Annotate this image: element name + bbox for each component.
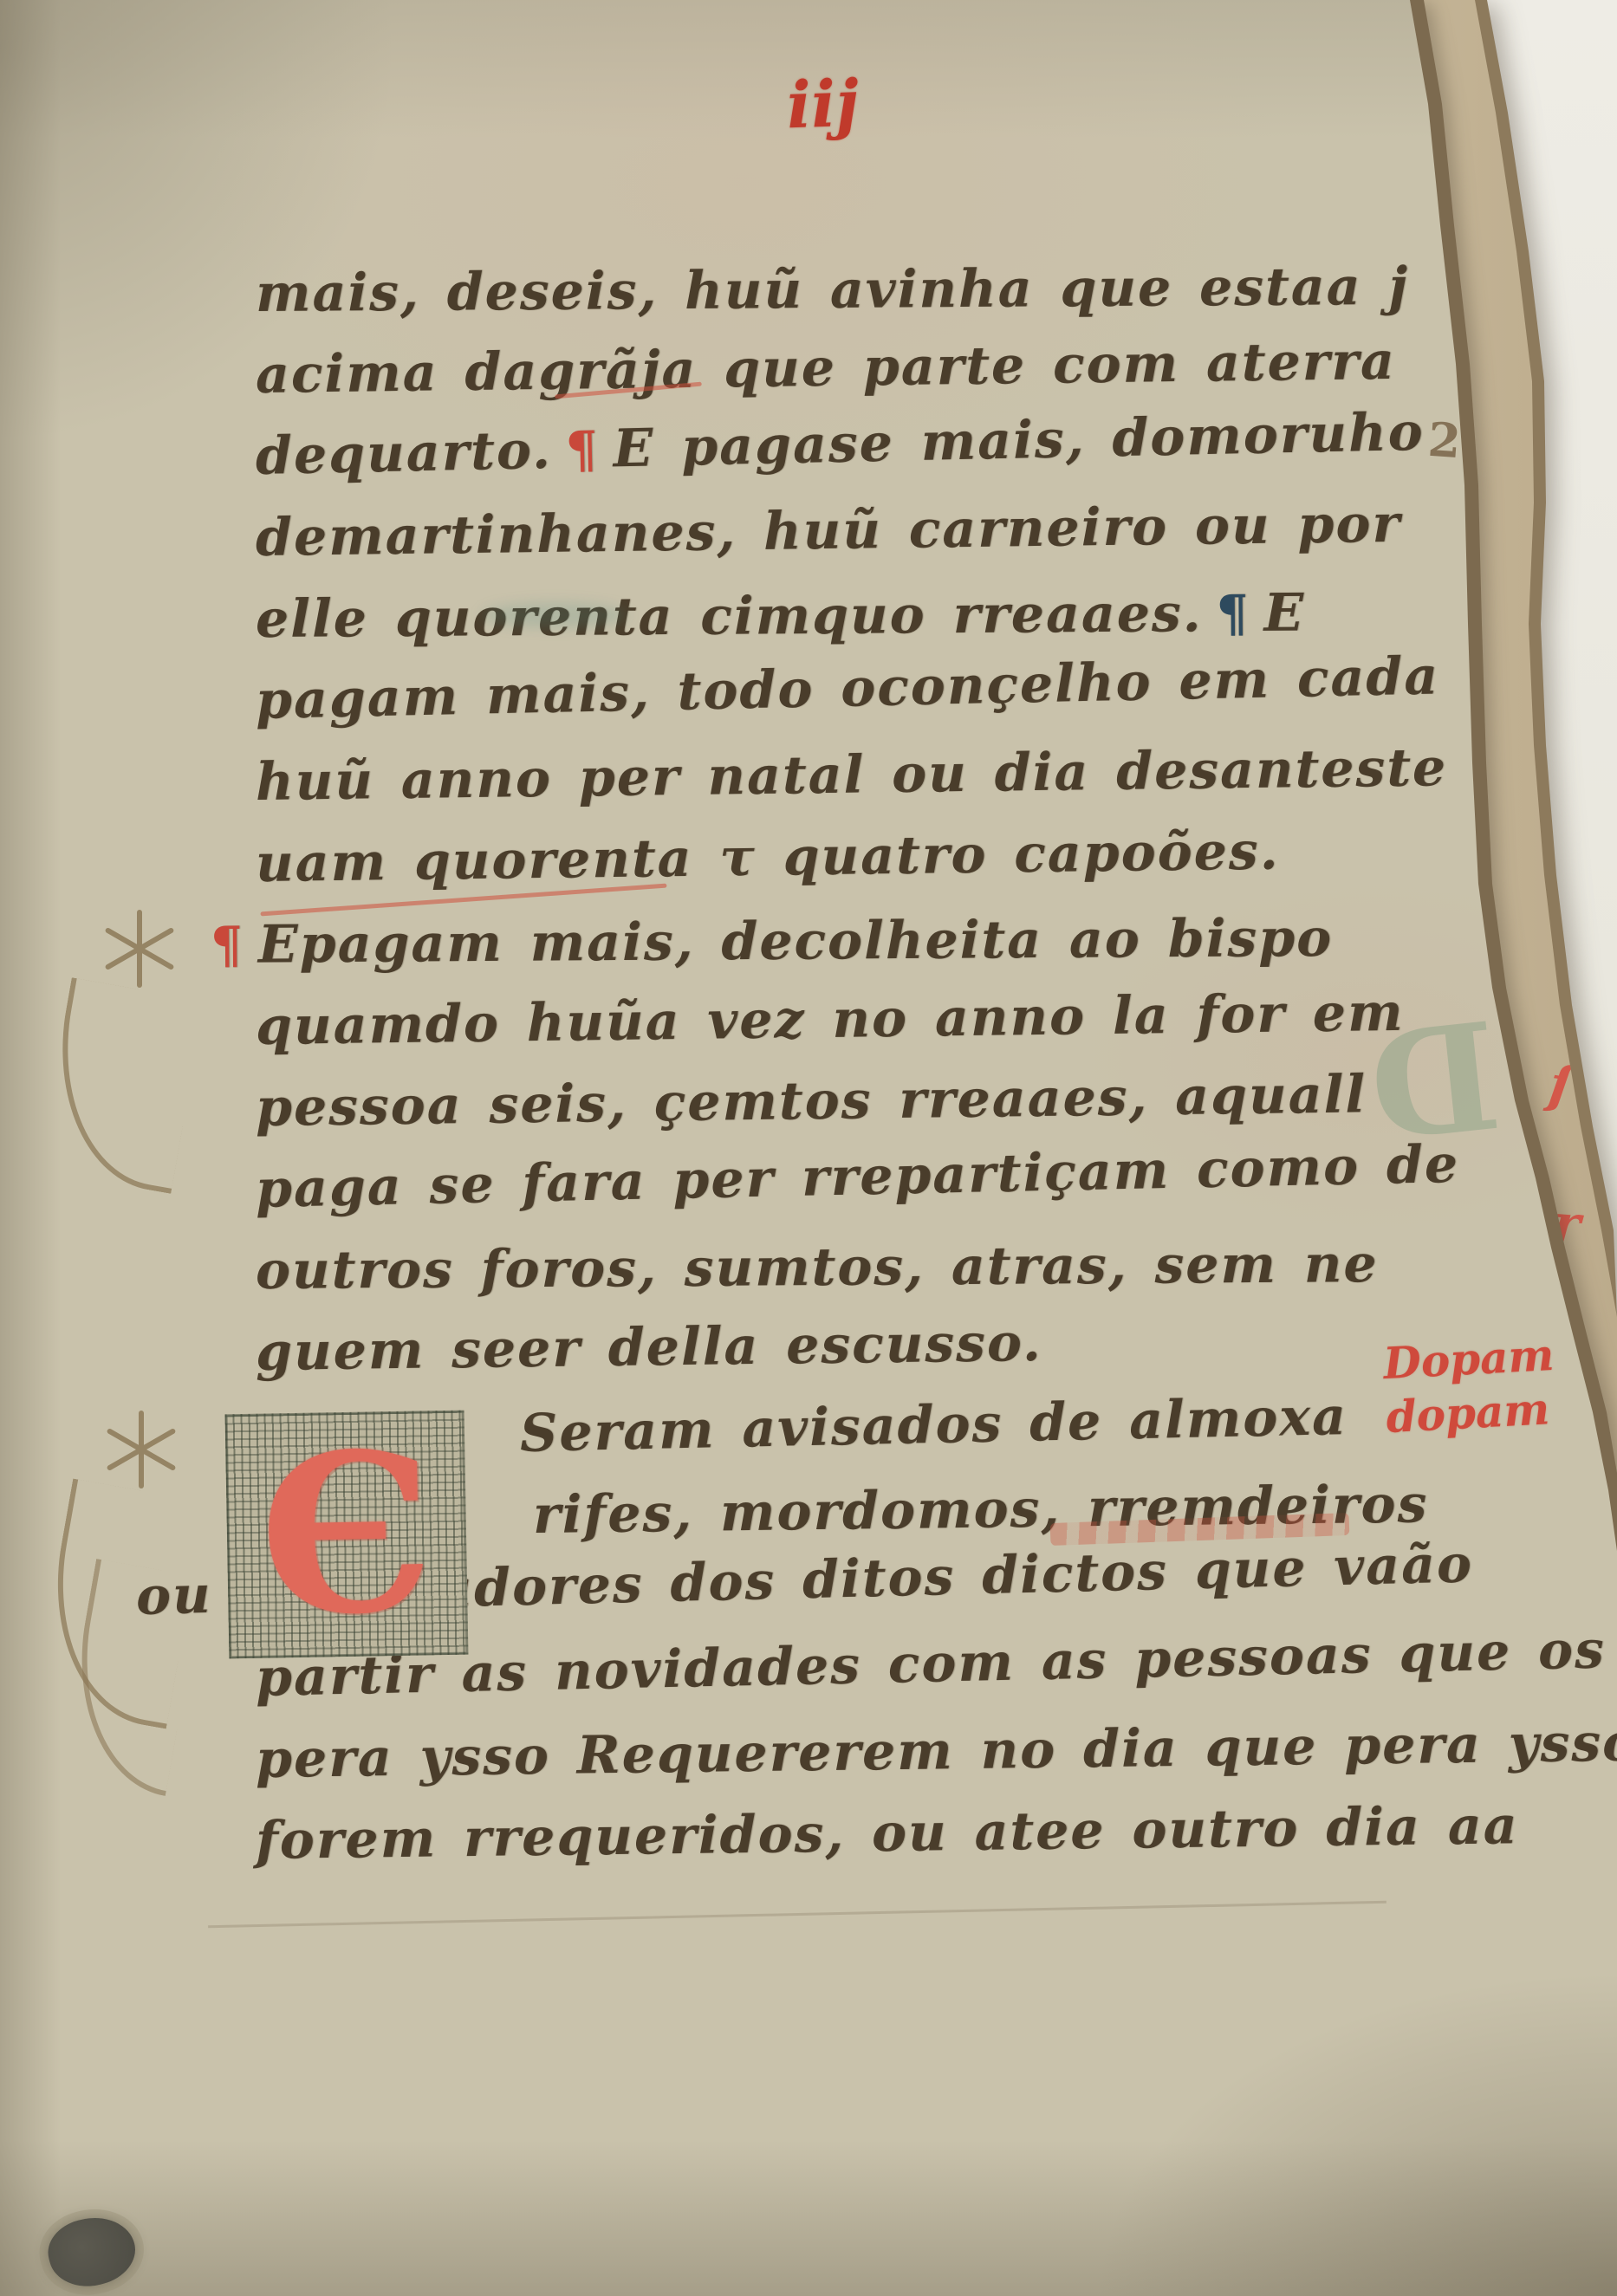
line-text: elle quorenta cimquo rreaaes. [256,583,1203,650]
line-text: dequarto. [255,420,552,487]
manuscript-line: pera ysso Requererem no dia que pera yss… [255,1705,1399,1800]
manuscript-line: uam quorenta τ quatro capoões. [255,809,1399,905]
margin-flourish [38,977,205,1194]
margin-note-line: Dopam [1382,1328,1555,1391]
line-text: E pagase mais, domoruho [613,402,1425,480]
faded-green-initial: D [1362,990,1508,1176]
illuminated-initial-panel: Є [225,1411,469,1659]
edge-numeral: 2 [1426,412,1463,469]
manuscript-line: mais, deseis, huũ avinha que estaa j [256,246,1400,334]
faint-ruling-line [208,1901,1386,1928]
margin-note-line: dopam [1385,1382,1558,1444]
parchment-hole [42,2208,142,2295]
manuscript-line: quamdo huũa vez no anno la for em [255,972,1399,1067]
manuscript-line: demartinhanes, huũ carneiro ou por [255,483,1399,579]
manuscript-line: Seram avisados de almoxa [519,1375,1400,1475]
margin-asterisk-icon [102,1411,180,1489]
page-leaf: iij mais, deseis, huũ avinha que estaa j… [0,0,1617,2296]
pilcrow-red-icon: ¶ [551,419,614,479]
manuscript-scan: ſ r iij mais, deseis, huũ avinha que est… [0,0,1617,2296]
margin-asterisk-icon [101,910,179,988]
line-text: Epagam mais, decolheita ao bispo [258,908,1334,976]
manuscript-line: ¶Epagam mais, decolheita ao bispo [197,898,1400,986]
pilcrow-blue-icon: ¶ [1202,584,1263,643]
manuscript-line: forem rrequeridos, ou atee outro dia aa [255,1787,1399,1882]
page-surface: iij mais, deseis, huũ avinha que estaa j… [0,0,1617,2296]
ink-smudge [481,602,628,628]
manuscript-line: outros foros, sumtos, atras, sem ne [256,1223,1400,1312]
line-text: E [1263,583,1305,644]
manuscript-line: huũ anno per natal ou dia desanteste [255,728,1399,823]
pilcrow-red-icon: ¶ [197,916,258,975]
red-margin-note: Dopam dopam [1382,1328,1558,1444]
illuminated-initial-letter: Є [258,1424,436,1644]
folio-number: iij [786,67,860,144]
